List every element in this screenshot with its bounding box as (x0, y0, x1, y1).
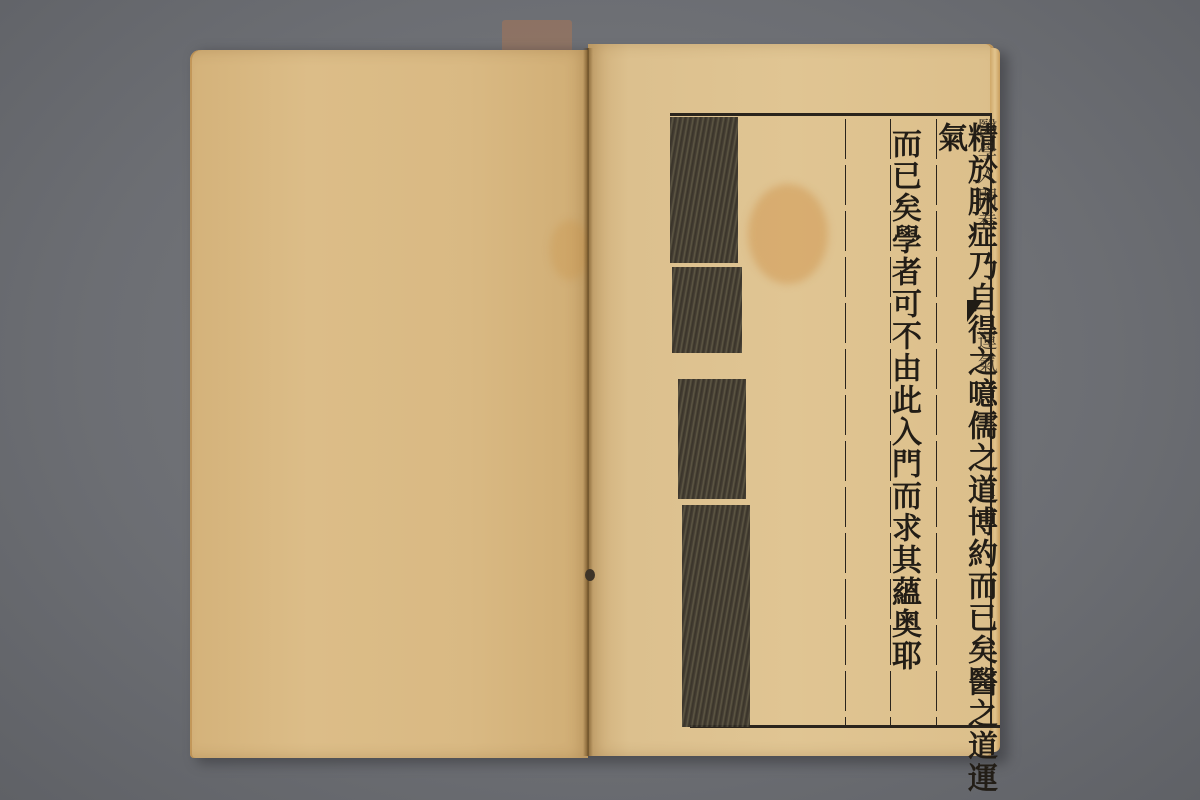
banxin-section: 運氣 (972, 330, 1001, 376)
ink-block (670, 117, 738, 263)
ink-block (678, 379, 746, 499)
banxin-title: 醫學入門卷 (972, 118, 1001, 233)
column-rule (845, 119, 846, 725)
banxin-page-number: 一二 (972, 460, 998, 502)
book-photo: 精於脉症乃自得之噫儒之道博約而已矣醫之道運氣 而已矣學者可不由此入門而求其蘊奥耶… (0, 0, 1200, 800)
ink-block (672, 267, 742, 353)
left-page (190, 50, 588, 758)
frame-top-border (670, 113, 990, 116)
ink-block (682, 505, 750, 727)
binding-thread-knot (585, 569, 595, 581)
text-column-2: 而已矣學者可不由此入門而求其蘊奥耶 (888, 128, 918, 672)
bleed-through-text (618, 134, 655, 374)
book-gutter (583, 48, 593, 756)
